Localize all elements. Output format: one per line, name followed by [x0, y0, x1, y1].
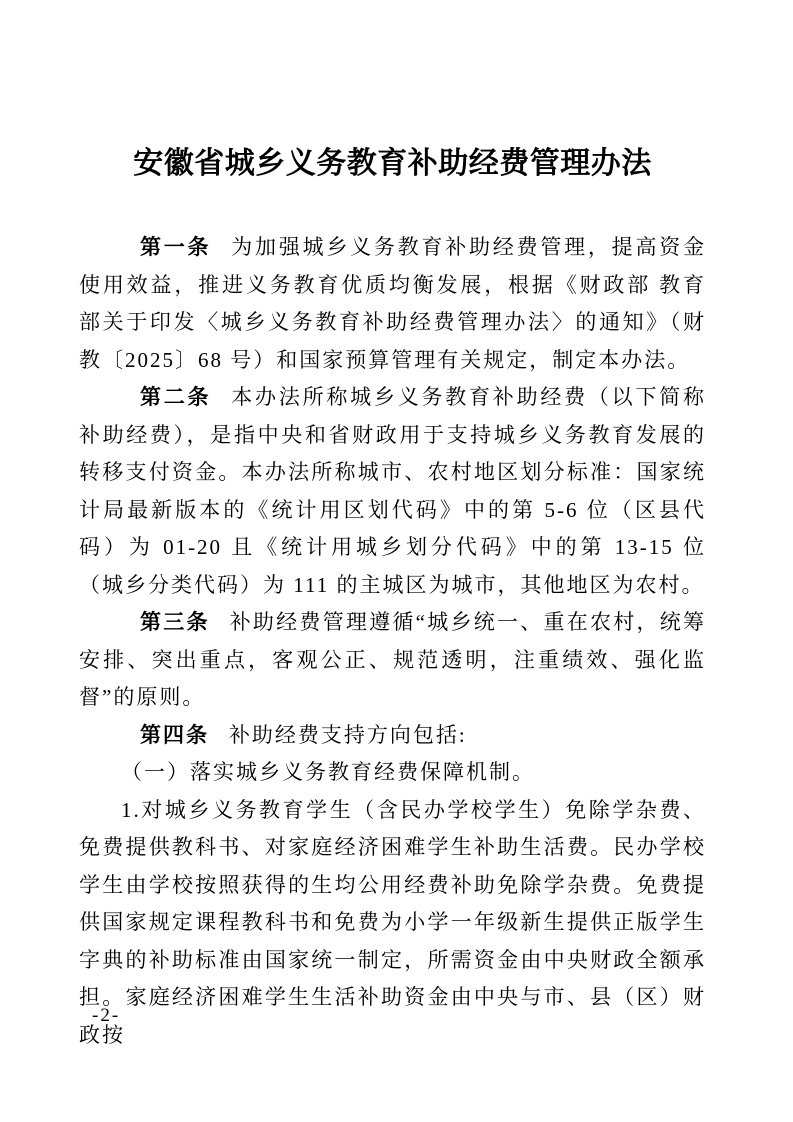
page-number: -2-	[92, 1004, 120, 1028]
document-content: 安徽省城乡义务教育补助经费管理办法 第一条为加强城乡义务教育补助经费管理，提高资…	[79, 148, 706, 1054]
article-2-text: 本办法所称城乡义务教育补助经费（以下简称补助经费），是指中央和省财政用于支持城乡…	[79, 385, 706, 597]
subitem-1-text: （一）落实城乡义务教育经费保障机制。	[121, 760, 535, 784]
article-3-paragraph: 第三条补助经费管理遵循“城乡统一、重在农村，统筹安排、突出重点，客观公正、规范透…	[79, 604, 706, 717]
article-4-number: 第四条	[140, 723, 209, 747]
subitem-1-paragraph: （一）落实城乡义务教育经费保障机制。	[79, 754, 706, 792]
document-title: 安徽省城乡义务教育补助经费管理办法	[79, 148, 706, 180]
article-3-number: 第三条	[140, 610, 210, 634]
document-page: 安徽省城乡义务教育补助经费管理办法 第一条为加强城乡义务教育补助经费管理，提高资…	[0, 0, 793, 1122]
article-1-number: 第一条	[140, 235, 211, 259]
article-2-paragraph: 第二条本办法所称城乡义务教育补助经费（以下简称补助经费），是指中央和省财政用于支…	[79, 379, 706, 604]
article-4-paragraph: 第四条补助经费支持方向包括:	[79, 717, 706, 755]
article-1-paragraph: 第一条为加强城乡义务教育补助经费管理，提高资金使用效益，推进义务教育优质均衡发展…	[79, 229, 706, 379]
article-4-text: 补助经费支持方向包括:	[229, 723, 467, 747]
subitem-1-1-paragraph: 1.对城乡义务教育学生（含民办学校学生）免除学杂费、免费提供教科书、对家庭经济困…	[79, 792, 706, 1055]
article-2-number: 第二条	[140, 385, 211, 409]
subitem-1-1-text: 1.对城乡义务教育学生（含民办学校学生）免除学杂费、免费提供教科书、对家庭经济困…	[79, 798, 706, 1047]
